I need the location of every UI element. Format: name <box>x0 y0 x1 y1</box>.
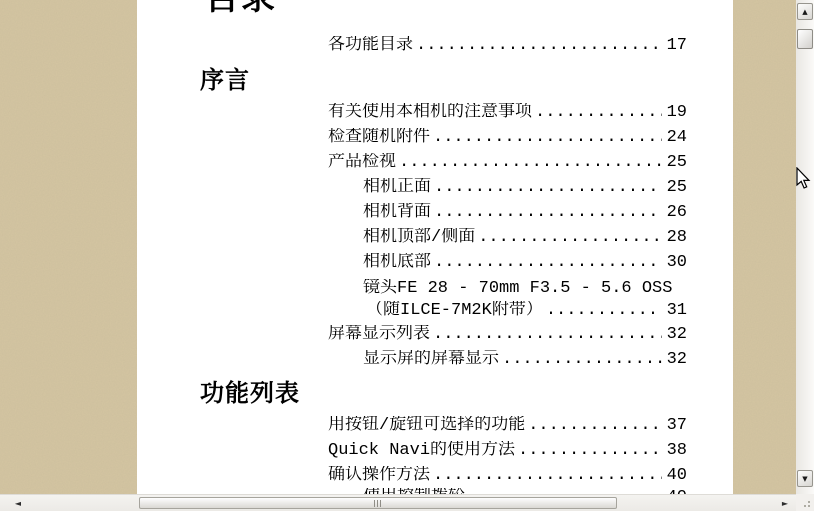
toc-entry-page: 26 <box>662 203 687 222</box>
toc-entry[interactable]: 各功能目录 ..................................… <box>328 36 687 55</box>
scroll-up-button[interactable]: ▲ <box>797 3 813 20</box>
toc-entry-page: 25 <box>662 178 687 197</box>
toc-entry[interactable]: Quick Navi的使用方法 ........................… <box>328 441 687 460</box>
toc-entry[interactable]: （随ILCE-7M2K附带） .........................… <box>366 301 687 320</box>
toc-entry-page: 17 <box>662 36 687 55</box>
toc-entry[interactable]: 显示屏的屏幕显示 ...............................… <box>363 350 687 369</box>
toc-entry-title: 屏幕显示列表 <box>328 325 430 344</box>
toc-entry[interactable]: 产品检视 ...................................… <box>328 153 687 172</box>
toc-entry-page: 25 <box>662 153 687 172</box>
horizontal-scrollbar[interactable]: ◄ ► <box>0 494 796 511</box>
thumb-grip-icon <box>374 500 383 507</box>
toc-leader-dots: ........................................… <box>525 416 661 435</box>
vertical-scrollbar[interactable]: ▲ ▼ <box>796 0 814 494</box>
toc-entry-title: （随ILCE-7M2K附带） <box>366 301 543 320</box>
toc-entry-title: Quick Navi的使用方法 <box>328 441 515 460</box>
toc-leader-dots: ........................................… <box>499 350 662 369</box>
scroll-down-button[interactable]: ▼ <box>797 470 813 487</box>
toc-leader-dots: ........................................… <box>515 441 662 460</box>
toc-entry[interactable]: 镜头FE 28 - 70mm F3.5 - 5.6 OSS <box>363 279 687 298</box>
toc-entry[interactable]: 有关使用本相机的注意事项 ...........................… <box>328 103 687 122</box>
horizontal-scrollbar-thumb[interactable] <box>139 497 617 509</box>
toc-leader-dots: ........................................… <box>413 36 662 55</box>
toc-entry[interactable]: 用按钮/旋钮可选择的功能 ...........................… <box>328 416 687 435</box>
toc-entry-title: 相机底部 <box>363 253 431 272</box>
toc-entry-page: 31 <box>662 301 687 320</box>
scrollbar-corner <box>796 494 814 511</box>
left-arrow-icon: ◄ <box>15 499 21 508</box>
scroll-right-button[interactable]: ► <box>779 498 791 509</box>
toc-entry[interactable]: 相机正面 ...................................… <box>363 178 687 197</box>
toc-leader-dots: ........................................… <box>431 178 662 197</box>
toc-entry-page: 40 <box>662 466 687 485</box>
toc-entry-title: 相机背面 <box>363 203 431 222</box>
toc-entry-title: 显示屏的屏幕显示 <box>363 350 499 369</box>
resize-grip-icon[interactable] <box>808 505 810 507</box>
vertical-scrollbar-thumb[interactable] <box>797 29 813 49</box>
mouse-cursor-icon <box>795 167 811 191</box>
toc-leader-dots: ........................................… <box>431 253 662 272</box>
document-page: 目录 各功能目录 ...............................… <box>137 0 733 494</box>
toc-leader-dots: ........................................… <box>396 153 662 172</box>
toc-leader-dots: ........................................… <box>430 325 662 344</box>
toc-entry-page: 28 <box>662 228 687 247</box>
toc-entry-page: 32 <box>662 350 687 369</box>
right-arrow-icon: ► <box>782 499 788 508</box>
toc-entry-title: 各功能目录 <box>328 36 413 55</box>
toc-section-heading: 序言 <box>200 68 250 94</box>
toc-entry-title: 确认操作方法 <box>328 466 430 485</box>
scroll-left-button[interactable]: ◄ <box>12 498 24 509</box>
toc-leader-dots: ........................................… <box>475 228 661 247</box>
toc-entry-title: 相机顶部/侧面 <box>363 228 475 247</box>
toc-entry-title: 镜头FE 28 - 70mm F3.5 - 5.6 OSS <box>363 279 672 298</box>
toc-entry-title: 用按钮/旋钮可选择的功能 <box>328 416 525 435</box>
down-arrow-icon: ▼ <box>802 475 807 483</box>
toc-entry-page: 37 <box>662 416 687 435</box>
toc-entry-title: 产品检视 <box>328 153 396 172</box>
toc-entry-page: 32 <box>662 325 687 344</box>
toc-leader-dots: ........................................… <box>543 301 662 320</box>
toc-entry[interactable]: 相机底部 ...................................… <box>363 253 687 272</box>
toc-entry-title: 相机正面 <box>363 178 431 197</box>
toc-entry-title: 检查随机附件 <box>328 128 430 147</box>
toc-entry-page: 19 <box>662 103 687 122</box>
toc-leader-dots: ........................................… <box>431 203 662 222</box>
toc-leader-dots: ........................................… <box>430 128 662 147</box>
toc-leader-dots: ........................................… <box>532 103 662 122</box>
toc-entry[interactable]: 确认操作方法 .................................… <box>328 466 687 485</box>
toc-leader-dots: ........................................… <box>430 466 662 485</box>
toc-entry[interactable]: 屏幕显示列表 .................................… <box>328 325 687 344</box>
toc-entry-page: 30 <box>662 253 687 272</box>
toc-entry[interactable]: 相机背面 ...................................… <box>363 203 687 222</box>
document-viewport[interactable]: 目录 各功能目录 ...............................… <box>0 0 796 494</box>
toc-entry-page: 38 <box>662 441 687 460</box>
toc-entry-title: 有关使用本相机的注意事项 <box>328 103 532 122</box>
toc-section-heading: 功能列表 <box>200 381 300 407</box>
pdf-viewer-window: 目录 各功能目录 ...............................… <box>0 0 814 511</box>
toc-entry[interactable]: 相机顶部/侧面 ................................… <box>363 228 687 247</box>
toc-entry[interactable]: 检查随机附件 .................................… <box>328 128 687 147</box>
toc-page-title: 目录 <box>205 0 277 15</box>
up-arrow-icon: ▲ <box>802 8 807 16</box>
toc-entry-page: 24 <box>662 128 687 147</box>
